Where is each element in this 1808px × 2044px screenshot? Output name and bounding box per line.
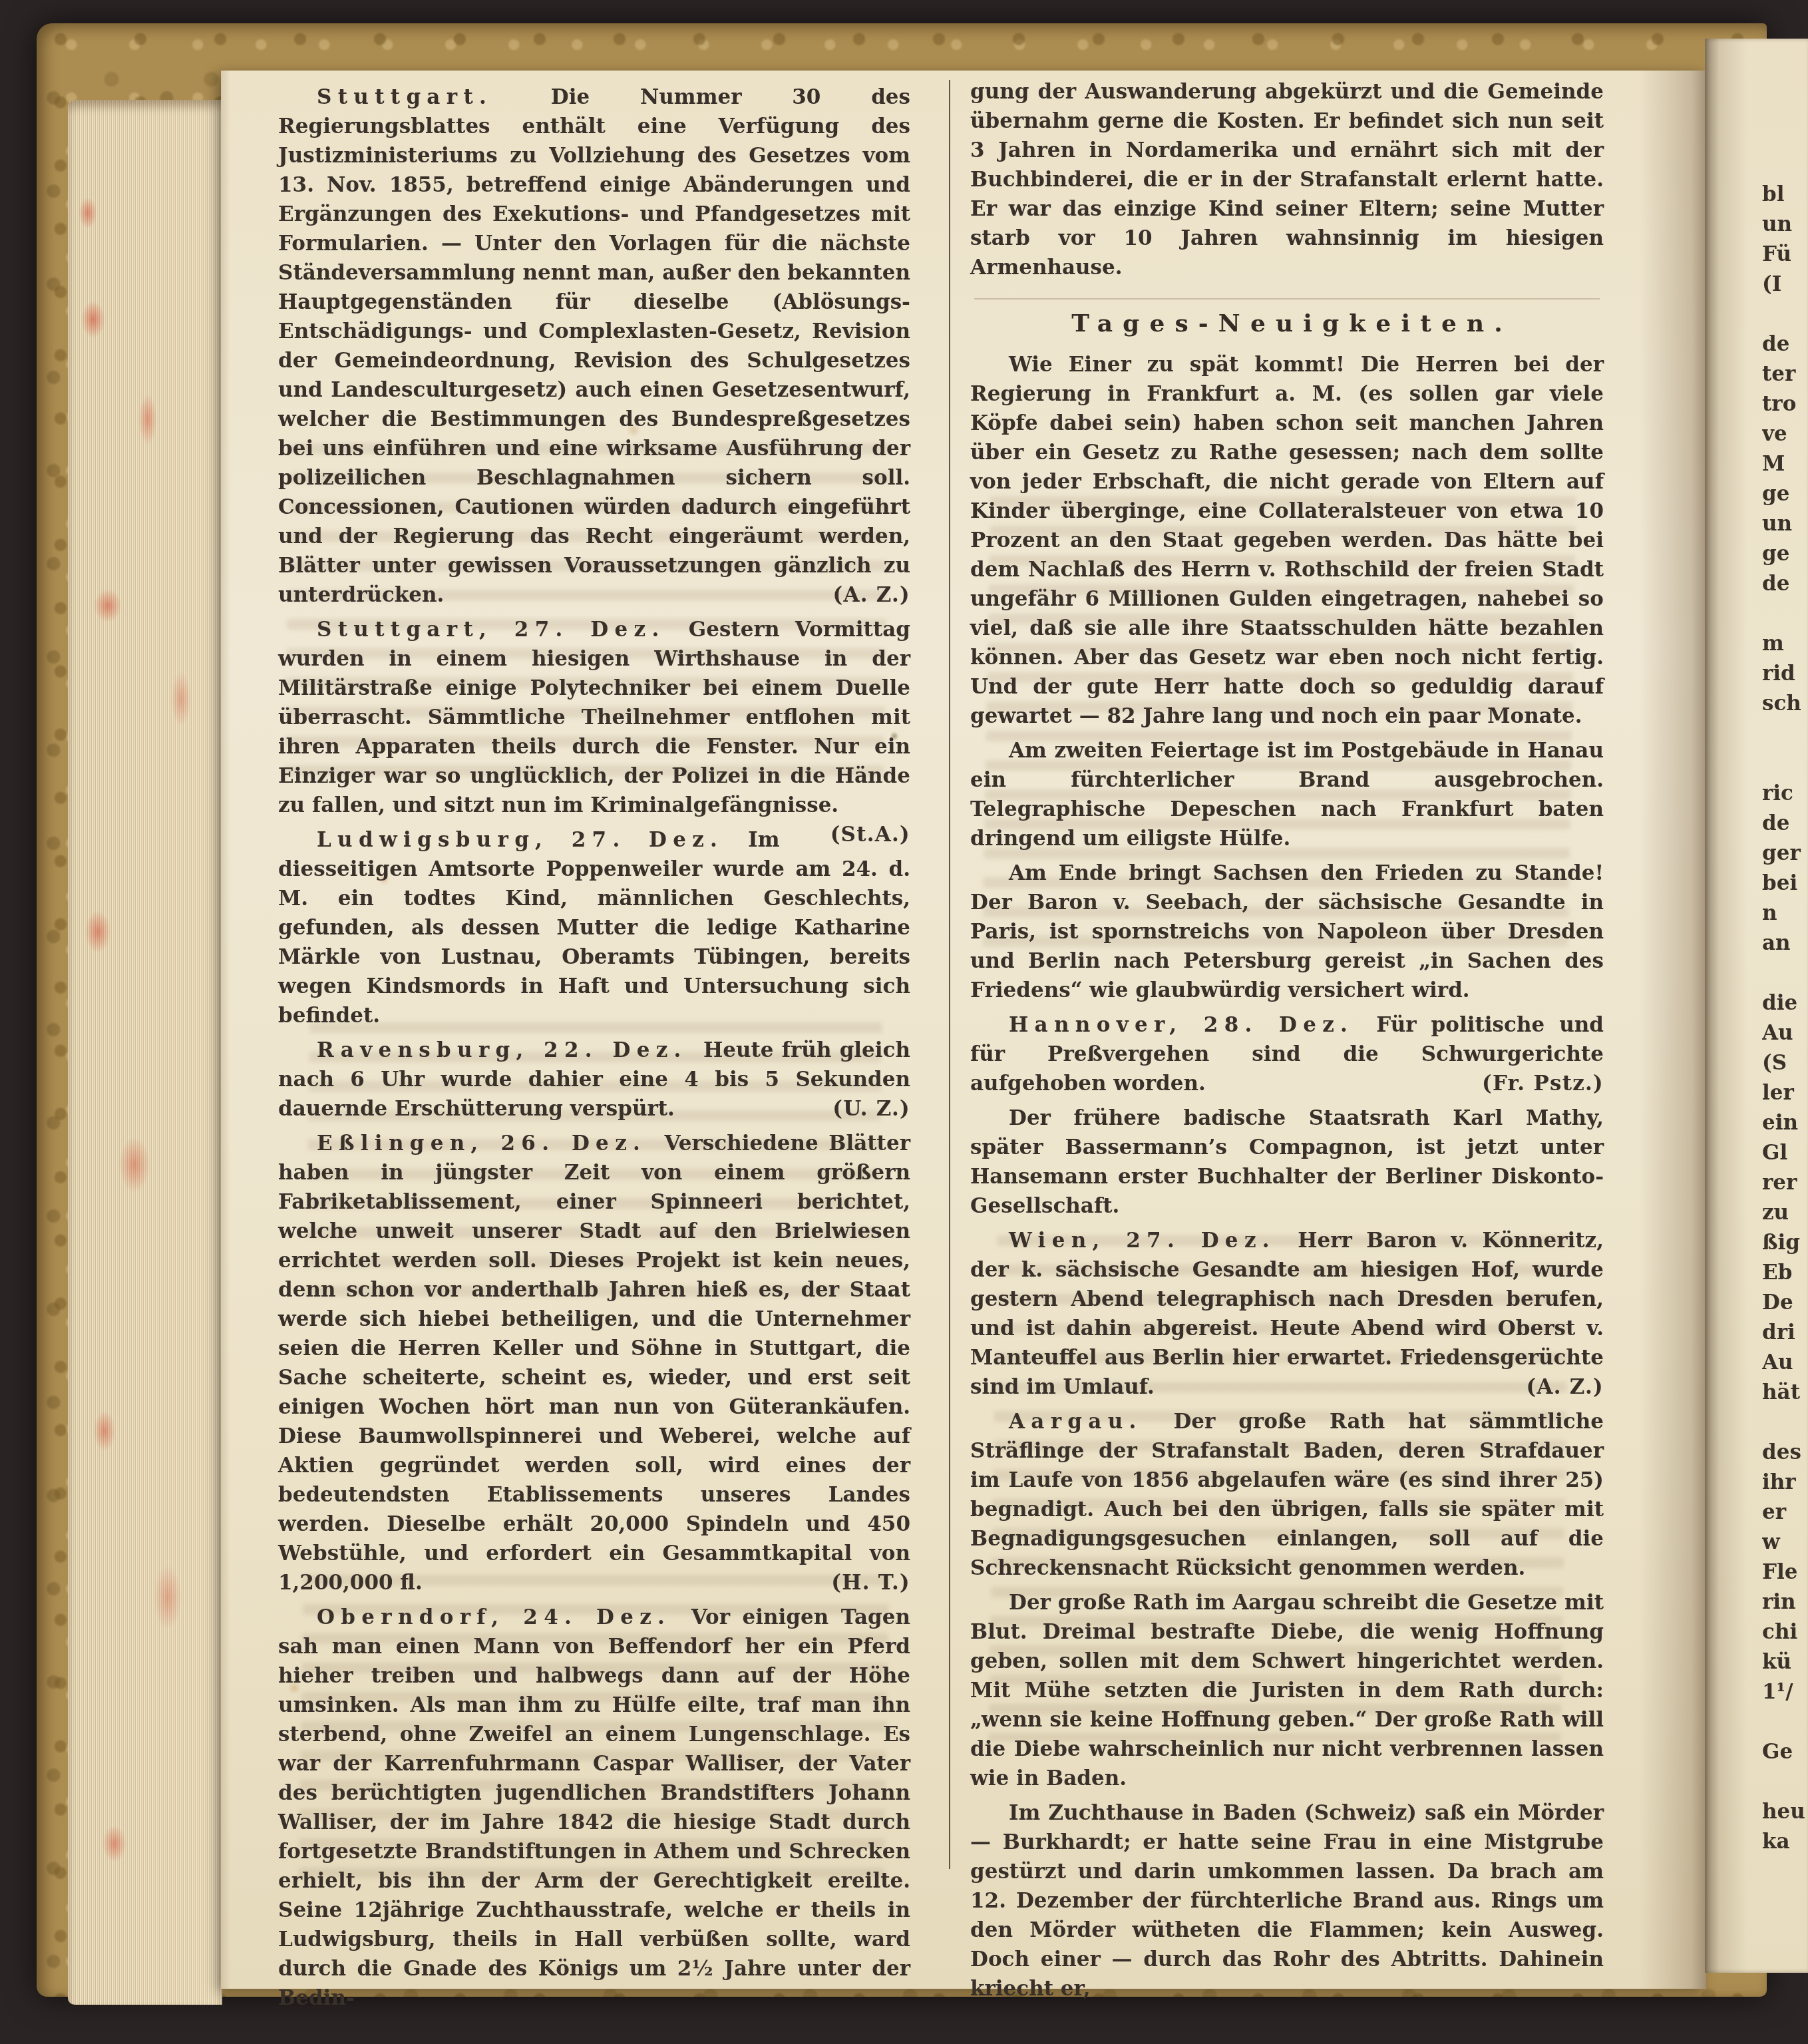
article-body: Am Ende bringt Sachsen den Frieden zu St…	[970, 861, 1604, 1002]
text-fragment: de	[1762, 809, 1808, 839]
article-body: Die Nummer 30 des Regierungsblattes enth…	[278, 85, 910, 607]
text-fragment: De	[1762, 1288, 1808, 1318]
article: Am zweiten Feiertage ist im Postgebäude …	[970, 736, 1604, 853]
text-fragment: ve	[1762, 419, 1808, 449]
article-body: Gestern Vormittag wurden in einem hiesig…	[278, 618, 910, 817]
text-fragment: Eb	[1762, 1258, 1808, 1288]
article: Ludwigsburg, 27. Dez. Im diesseitigen Am…	[278, 825, 910, 1030]
article-dateline: Aargau.	[1009, 1410, 1143, 1434]
article-dateline: Ravensburg, 22. Dez.	[317, 1038, 687, 1062]
source-citation: (A. Z.)	[1487, 1372, 1604, 1402]
article: Am Ende bringt Sachsen den Frieden zu St…	[970, 859, 1604, 1005]
text-fragment: (S	[1762, 1048, 1808, 1078]
text-fragment: bl	[1762, 180, 1808, 210]
article-dateline: Ludwigsburg, 27. Dez.	[317, 828, 723, 852]
article: Wie Einer zu spät kommt! Die Herren bei …	[970, 350, 1604, 731]
text-fragment: un	[1762, 210, 1808, 240]
text-fragment: er	[1762, 1498, 1808, 1528]
text-fragment: ter	[1762, 359, 1808, 389]
page-fore-edge	[68, 100, 222, 2005]
text-fragment: w	[1762, 1528, 1808, 1557]
text-fragment	[1762, 300, 1808, 329]
text-fragment: Ge	[1762, 1737, 1808, 1767]
source-citation: (H. T.)	[793, 1568, 910, 1597]
article: Oberndorf, 24. Dez. Vor einigen Tagen sa…	[278, 1603, 910, 2013]
article: Aargau. Der große Rath hat sämmtliche St…	[970, 1407, 1604, 1583]
text-fragment: dri	[1762, 1318, 1808, 1348]
next-page-sliver: blunFü(IdetertroveMgeungedemridschricdeg…	[1705, 39, 1808, 1973]
text-fragment	[1762, 958, 1808, 988]
scanned-book-photo: Stuttgart. Die Nummer 30 des Regierungsb…	[0, 0, 1808, 2044]
text-fragment: rid	[1762, 659, 1808, 689]
text-fragment	[1762, 719, 1808, 749]
text-fragment: rin	[1762, 1587, 1808, 1617]
text-fragment: 1¹/	[1762, 1677, 1808, 1707]
text-fragment: ein	[1762, 1108, 1808, 1138]
text-fragment: m	[1762, 629, 1808, 659]
article: Hannover, 28. Dez. Für politische und fü…	[970, 1010, 1604, 1098]
text-fragment: (I	[1762, 270, 1808, 300]
article-body: gung der Auswanderung abgekürzt und die …	[970, 80, 1604, 280]
article-body: Der große Rath im Aargau schreibt die Ge…	[970, 1591, 1604, 1790]
article-dateline: Eßlingen, 26. Dez.	[317, 1131, 646, 1155]
article-body: Wie Einer zu spät kommt! Die Herren bei …	[970, 353, 1604, 728]
left-page: Stuttgart. Die Nummer 30 des Regierungsb…	[221, 71, 1706, 1989]
text-fragment: die	[1762, 988, 1808, 1018]
text-fragment: heu	[1762, 1797, 1808, 1827]
article: Im Zuchthause in Baden (Schweiz) saß ein…	[970, 1798, 1604, 2003]
article-body: Der große Rath hat sämmtliche Sträflinge…	[970, 1410, 1604, 1580]
text-fragment: ge	[1762, 539, 1808, 569]
text-fragment: chi	[1762, 1617, 1808, 1647]
text-fragment: Fle	[1762, 1557, 1808, 1587]
text-fragment: Au	[1762, 1018, 1808, 1048]
article: Eßlingen, 26. Dez. Verschiedene Blätter …	[278, 1129, 910, 1597]
article-dateline: Hannover, 28. Dez.	[1009, 1013, 1354, 1037]
left-column: Stuttgart. Die Nummer 30 des Regierungsb…	[278, 83, 910, 2013]
text-fragment	[1762, 1707, 1808, 1737]
text-fragment: ge	[1762, 479, 1808, 509]
text-fragment: ka	[1762, 1827, 1808, 1857]
text-fragment: des	[1762, 1438, 1808, 1468]
text-fragment: ler	[1762, 1078, 1808, 1108]
text-fragment: sch	[1762, 689, 1808, 719]
next-page-text-fragments: blunFü(IdetertroveMgeungedemridschricdeg…	[1705, 39, 1808, 1857]
article: Ravensburg, 22. Dez. Heute früh gleich n…	[278, 1036, 910, 1124]
article-dateline: Oberndorf, 24. Dez.	[317, 1605, 671, 1629]
text-fragment: an	[1762, 928, 1808, 958]
article: Stuttgart, 27. Dez. Gestern Vormittag wu…	[278, 615, 910, 820]
source-citation: (St.A.)	[792, 820, 910, 849]
text-fragment: un	[1762, 509, 1808, 539]
article: Wien, 27. Dez. Herr Baron v. Könneritz, …	[970, 1226, 1604, 1402]
text-fragment: kü	[1762, 1647, 1808, 1677]
article-continuation: gung der Auswanderung abgekürzt und die …	[970, 77, 1604, 282]
text-fragment: n	[1762, 899, 1808, 928]
article: Der große Rath im Aargau schreibt die Ge…	[970, 1588, 1604, 1793]
section-rule	[974, 298, 1600, 300]
text-fragment: ric	[1762, 779, 1808, 809]
text-fragment: Gl	[1762, 1138, 1808, 1168]
text-fragment: ßig	[1762, 1228, 1808, 1258]
text-fragment: zu	[1762, 1198, 1808, 1228]
text-fragment: bei	[1762, 869, 1808, 899]
article-body: Im Zuchthause in Baden (Schweiz) saß ein…	[970, 1801, 1604, 2001]
source-citation: (A. Z.)	[794, 580, 910, 610]
article: Der frühere badische Staatsrath Karl Mat…	[970, 1104, 1604, 1221]
text-fragment: ihr	[1762, 1468, 1808, 1498]
text-fragment	[1762, 1767, 1808, 1797]
article: Stuttgart. Die Nummer 30 des Regierungsb…	[278, 83, 910, 610]
article-dateline: Wien, 27. Dez.	[1009, 1229, 1276, 1253]
text-fragment	[1762, 1408, 1808, 1438]
text-fragment: M	[1762, 449, 1808, 479]
article-body: Der frühere badische Staatsrath Karl Mat…	[970, 1106, 1604, 1218]
section-heading: Tages-Neuigkeiten.	[970, 309, 1604, 338]
text-fragment: ger	[1762, 839, 1808, 869]
text-fragment	[1762, 599, 1808, 629]
source-citation: (U. Z.)	[794, 1094, 910, 1124]
article-dateline: Stuttgart, 27. Dez.	[317, 618, 665, 642]
article-dateline: Stuttgart.	[317, 85, 492, 109]
text-fragment: rer	[1762, 1168, 1808, 1198]
column-divider	[949, 80, 950, 1869]
text-fragment: Au	[1762, 1348, 1808, 1378]
source-citation: (Fr. Pstz.)	[1443, 1069, 1604, 1098]
text-fragment: de	[1762, 569, 1808, 599]
text-fragment: hät	[1762, 1378, 1808, 1408]
article-body: Vor einigen Tagen sah man einen Mann von…	[278, 1605, 910, 2010]
right-column: gung der Auswanderung abgekürzt und die …	[970, 77, 1604, 2003]
text-fragment: de	[1762, 329, 1808, 359]
article-body: Am zweiten Feiertage ist im Postgebäude …	[970, 739, 1604, 851]
article-body: Im diesseitigen Amtsorte Poppenweiler wu…	[278, 828, 910, 1028]
text-fragment	[1762, 749, 1808, 779]
article-body: Verschiedene Blätter haben in jüngster Z…	[278, 1131, 910, 1595]
text-fragment: tro	[1762, 389, 1808, 419]
text-fragment: Fü	[1762, 240, 1808, 270]
